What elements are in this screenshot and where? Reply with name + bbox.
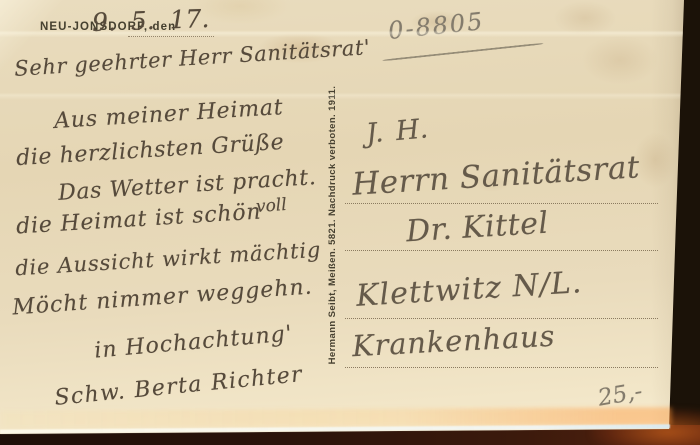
address-dotted-line xyxy=(345,250,658,251)
message-line: die herzlichsten Grüße xyxy=(15,130,285,171)
pencil-underline xyxy=(382,43,543,62)
message-signature: Schw. Berta Richter xyxy=(53,362,304,411)
postcard-back: NEU-JONSDORF, den 9. 5. 17. 0-8805 Sehr … xyxy=(0,0,700,445)
address-line: Dr. Kittel xyxy=(405,206,550,250)
address-line: Klettwitz N/L. xyxy=(355,265,583,314)
address-initials: J. H. xyxy=(365,113,429,149)
address-dotted-line xyxy=(345,367,658,368)
postcard-photo: NEU-JONSDORF, den 9. 5. 17. 0-8805 Sehr … xyxy=(0,0,700,445)
handwritten-date: 9. 5. 17. xyxy=(92,4,210,37)
message-line: die Aussicht wirkt mächtig xyxy=(15,238,322,281)
message-line: Möcht nimmer weggehn. xyxy=(11,275,313,321)
address-dotted-line xyxy=(345,203,658,204)
pencil-catalog-number: 0-8805 xyxy=(387,7,486,45)
address-line: Krankenhaus xyxy=(351,319,556,364)
message-closing: in Hochachtung' xyxy=(93,321,293,363)
address-dotted-line xyxy=(345,318,658,319)
message-line: die Heimat ist schön xyxy=(15,200,262,240)
message-line: Aus meiner Heimat xyxy=(53,95,284,134)
date-dotted-line xyxy=(128,36,214,37)
message-line: Sehr geehrter Herr Sanitätsrat' xyxy=(14,35,371,81)
publisher-imprint: Hermann Seibt, Meißen. 5821. Nachdruck v… xyxy=(326,85,340,365)
address-line: Herrn Sanitätsrat xyxy=(351,149,641,203)
